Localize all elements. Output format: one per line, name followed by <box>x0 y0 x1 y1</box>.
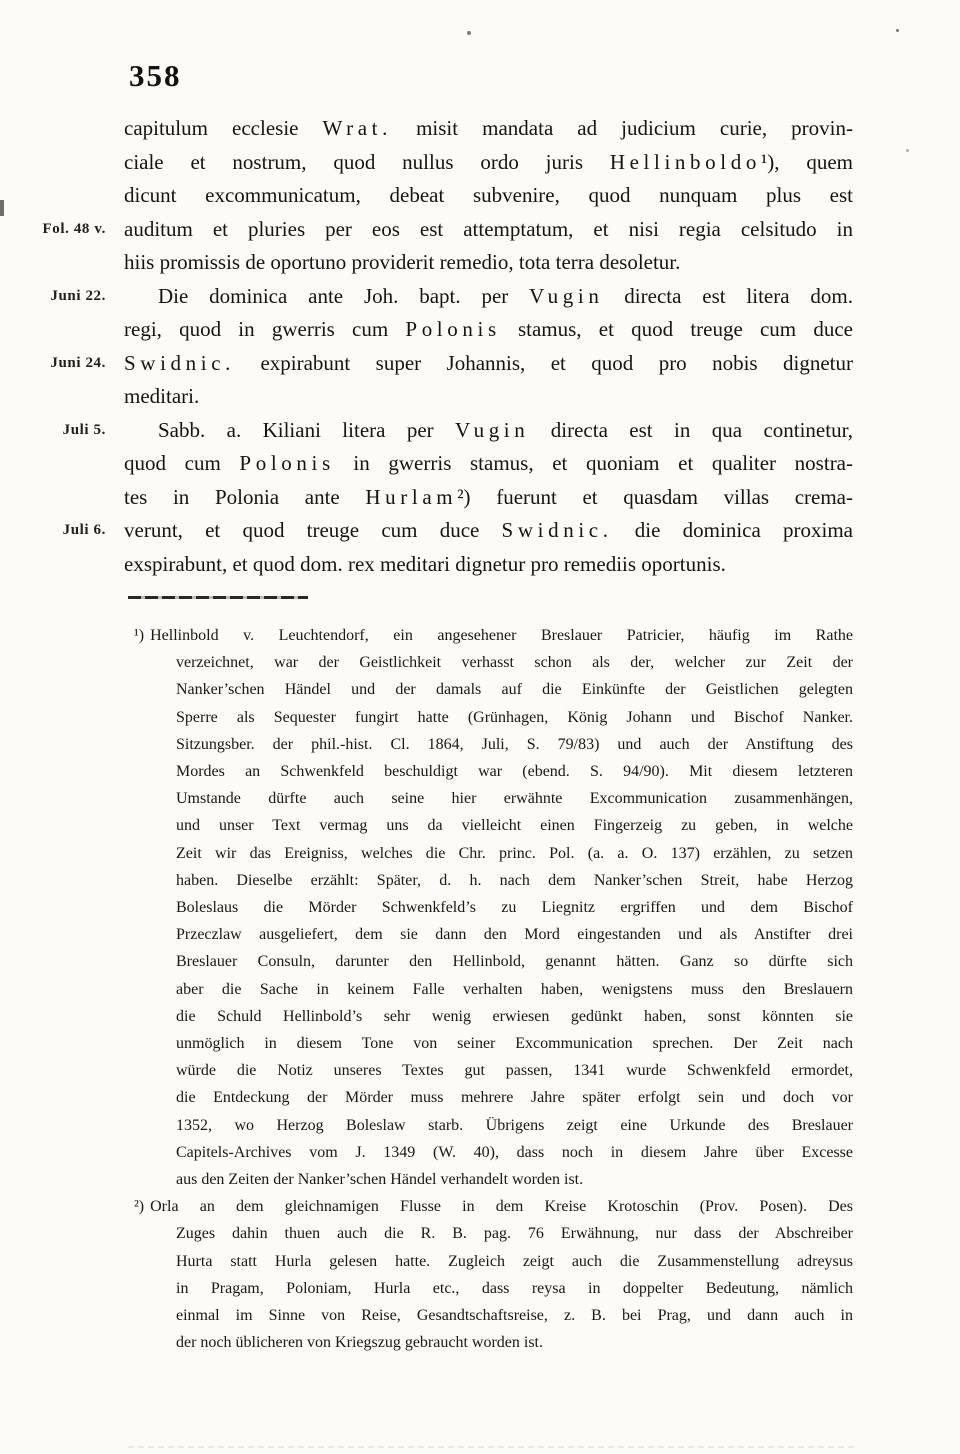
scan-speck <box>467 31 471 35</box>
footnote-line: Boleslaus die Mörder Schwenkfeld’s zu Li… <box>176 894 853 921</box>
book-page: 358 Fol. 48 v.Juni 22.Juni 24.Juli 5.Jul… <box>0 0 960 1454</box>
footnote-line: verzeichnet, war der Geistlichkeit verha… <box>176 649 853 676</box>
footnote-divider <box>128 596 308 599</box>
text-line: dicunt excommunicatum, debeat subvenire,… <box>124 179 853 213</box>
text-line: verunt, et quod treuge cum duce Swidnic.… <box>124 514 853 548</box>
text-line: Die dominica ante Joh. bapt. per Vugin d… <box>124 280 853 314</box>
footnotes-block: ¹)Hellinbold v. Leuchtendorf, ein angese… <box>124 622 853 1356</box>
text-line: quod cum Polonis in gwerris stamus, et q… <box>124 447 853 481</box>
letterspaced-name: Polonis <box>239 451 334 475</box>
footnote-line: Nanker’schen Händel und der damals auf d… <box>176 676 853 703</box>
footnote-line: und unser Text vermag uns da vielleicht … <box>176 812 853 839</box>
footnote-line: Sperre als Sequester fungirt hatte (Grün… <box>176 704 853 731</box>
footnote-line: 1352, wo Herzog Boleslaw starb. Übrigens… <box>176 1112 853 1139</box>
letterspaced-name: Swidnic. <box>502 518 613 542</box>
text-line: auditum et pluries per eos est attemptat… <box>124 213 853 247</box>
footnote-line: Sitzungsber. der phil.-hist. Cl. 1864, J… <box>176 731 853 758</box>
footnote-marker: ¹) <box>134 627 150 644</box>
text-line: Swidnic. expirabunt super Johannis, et q… <box>124 347 853 381</box>
footnote-line: unmöglich in diesem Tone von seiner Exco… <box>176 1030 853 1057</box>
text-line: meditari. <box>124 380 853 414</box>
footnote-line: in Pragam, Poloniam, Hurla etc., dass re… <box>176 1275 853 1302</box>
footnote-line: aber die Sache in keinem Falle verhalten… <box>176 976 853 1003</box>
margin-note: Juni 22. <box>20 280 106 314</box>
text-line: exspirabunt, et quod dom. rex meditari d… <box>124 548 853 582</box>
footnote-line: die Entdeckung der Mörder muss mehrere J… <box>176 1084 853 1111</box>
margin-note: Fol. 48 v. <box>20 213 106 247</box>
text-line: regi, quod in gwerris cum Polonis stamus… <box>124 313 853 347</box>
text-line: tes in Polonia ante Hurlam²) fuerunt et … <box>124 481 853 515</box>
footnote-line: ²)Orla an dem gleichnamigen Flusse in de… <box>176 1193 853 1220</box>
footnote-line: einmal im Sinne von Reise, Gesandtschaft… <box>176 1302 853 1329</box>
letterspaced-name: Vugin <box>529 284 603 308</box>
footnote: ²)Orla an dem gleichnamigen Flusse in de… <box>124 1193 853 1356</box>
text-line: ciale et nostrum, quod nullus ordo juris… <box>124 146 853 180</box>
footnote-marker: ²) <box>134 1198 150 1215</box>
footnote-line: die Schuld Hellinbold’s sehr wenig erwie… <box>176 1003 853 1030</box>
page-number: 358 <box>129 58 182 94</box>
footnote-line: Zuges dahin thuen auch die R. B. pag. 76… <box>176 1220 853 1247</box>
text-line: Sabb. a. Kiliani litera per Vugin direct… <box>124 414 853 448</box>
text-line: hiis promissis de oportuno providerit re… <box>124 246 853 280</box>
footnote-line: Mordes an Schwenkfeld beschuldigt war (e… <box>176 758 853 785</box>
scan-edge-mark <box>0 200 4 216</box>
footnote-line: Przeczlaw ausgeliefert, dem sie dann den… <box>176 921 853 948</box>
footnote-line: der noch üblicheren von Kriegszug gebrau… <box>176 1329 853 1356</box>
footnote-line: Capitels-Archives vom J. 1349 (W. 40), d… <box>176 1139 853 1166</box>
main-text-block: capitulum ecclesie Wrat. misit mandata a… <box>124 112 853 581</box>
scan-speck <box>896 29 899 32</box>
scan-speck <box>906 149 909 152</box>
margin-note: Juni 24. <box>20 347 106 381</box>
text-line: capitulum ecclesie Wrat. misit mandata a… <box>124 112 853 146</box>
footnote-line: Hurta statt Hurla gelesen hatte. Zugleic… <box>176 1248 853 1275</box>
footnote-line: ¹)Hellinbold v. Leuchtendorf, ein angese… <box>176 622 853 649</box>
letterspaced-name: Swidnic. <box>124 351 235 375</box>
scan-bottom-line <box>128 1446 854 1448</box>
footnote-line: Umstande dürfte auch seine hier erwähnte… <box>176 785 853 812</box>
footnote: ¹)Hellinbold v. Leuchtendorf, ein angese… <box>124 622 853 1193</box>
letterspaced-name: Polonis <box>405 317 500 341</box>
letterspaced-name: Vugin <box>455 418 529 442</box>
footnote-line: aus den Zeiten der Nanker’schen Händel v… <box>176 1166 853 1193</box>
footnote-line: Breslauer Consuln, darunter den Hellinbo… <box>176 948 853 975</box>
letterspaced-name: Wrat. <box>323 116 392 140</box>
footnote-line: würde die Notiz unseres Textes gut passe… <box>176 1057 853 1084</box>
footnote-line: Zeit wir das Ereigniss, welches die Chr.… <box>176 840 853 867</box>
letterspaced-name: Hellinboldo <box>610 150 761 174</box>
footnote-line: haben. Dieselbe erzählt: Später, d. h. n… <box>176 867 853 894</box>
letterspaced-name: Hurlam <box>365 485 457 509</box>
margin-note: Juli 6. <box>20 514 106 548</box>
margin-note: Juli 5. <box>20 414 106 448</box>
margin-notes: Fol. 48 v.Juni 22.Juni 24.Juli 5.Juli 6. <box>0 0 110 1454</box>
